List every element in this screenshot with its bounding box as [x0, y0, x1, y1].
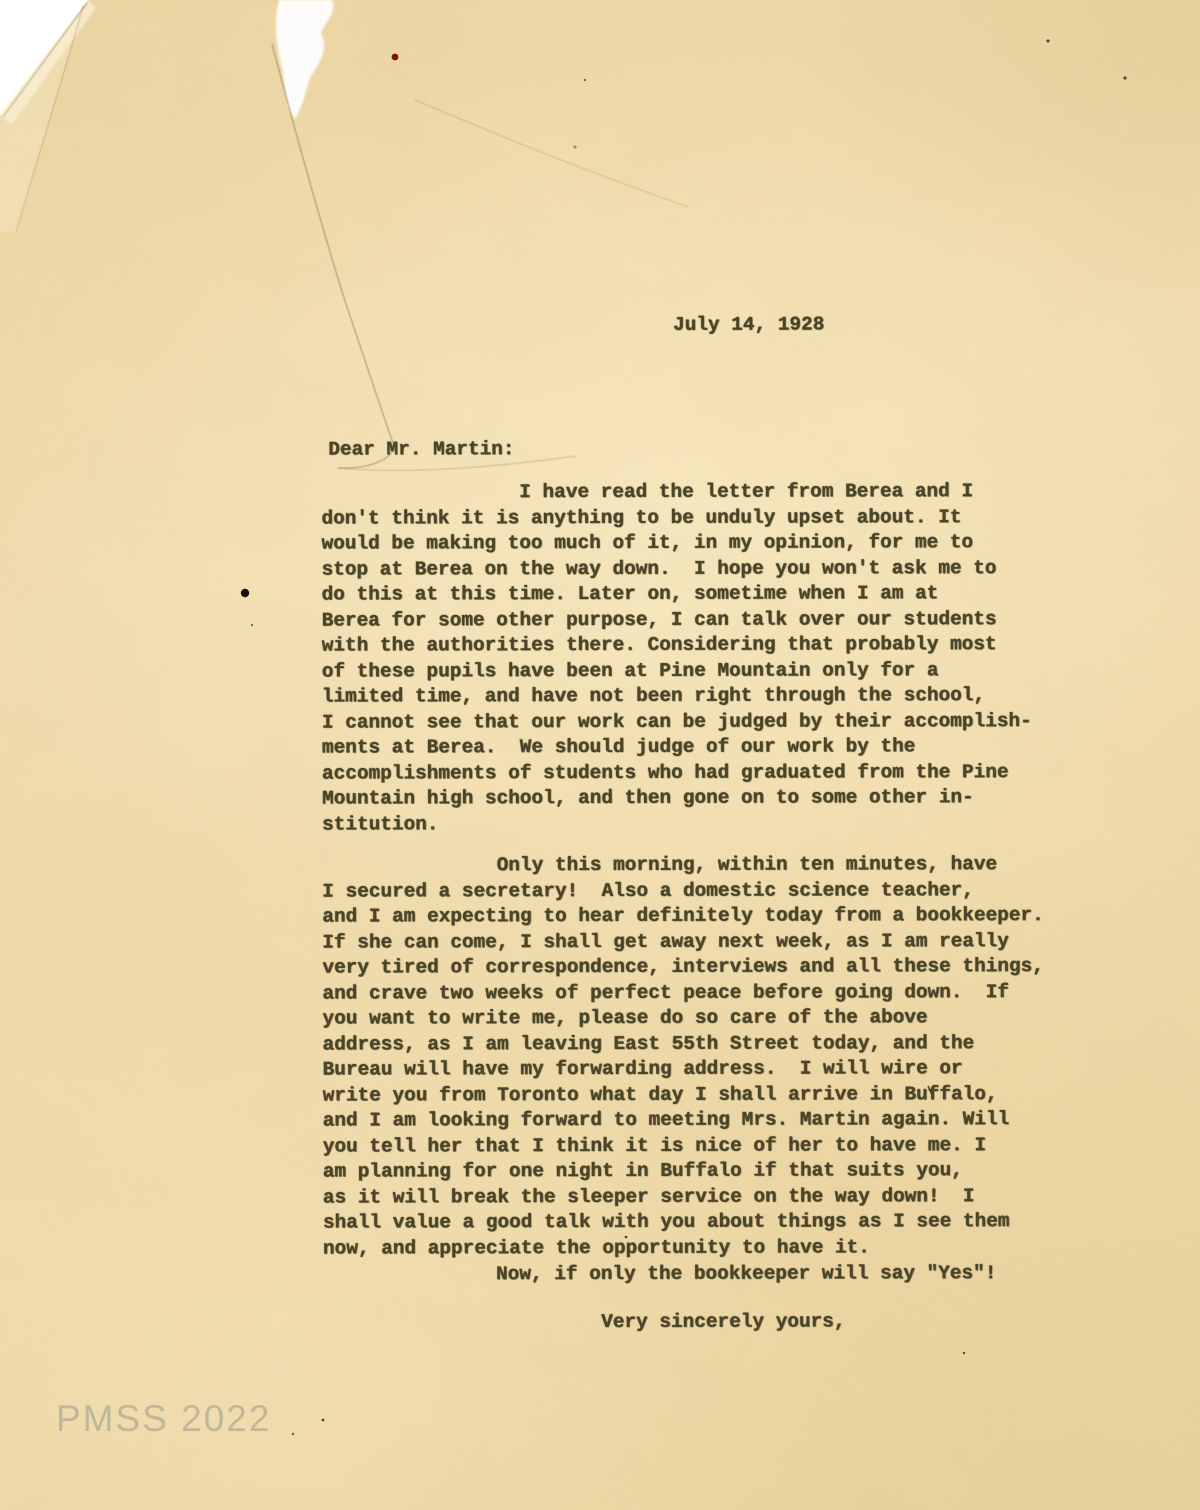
letter-body: July 14, 1928 Dear Mr. Martin: I have re…: [0, 0, 1200, 1510]
closing-line: Now, if only the bookkeeper will say "Ye…: [496, 1261, 996, 1288]
paragraph-2: Only this morning, within ten minutes, h…: [322, 852, 1044, 1262]
signoff-line: Very sincerely yours,: [601, 1309, 845, 1335]
letter-date: July 14, 1928: [673, 313, 824, 339]
salutation: Dear Mr. Martin:: [328, 437, 514, 463]
archive-watermark: PMSS 2022: [56, 1398, 271, 1440]
scanned-letter-page: July 14, 1928 Dear Mr. Martin: I have re…: [0, 0, 1200, 1510]
paragraph-1: I have read the letter from Berea and I …: [321, 479, 1032, 837]
